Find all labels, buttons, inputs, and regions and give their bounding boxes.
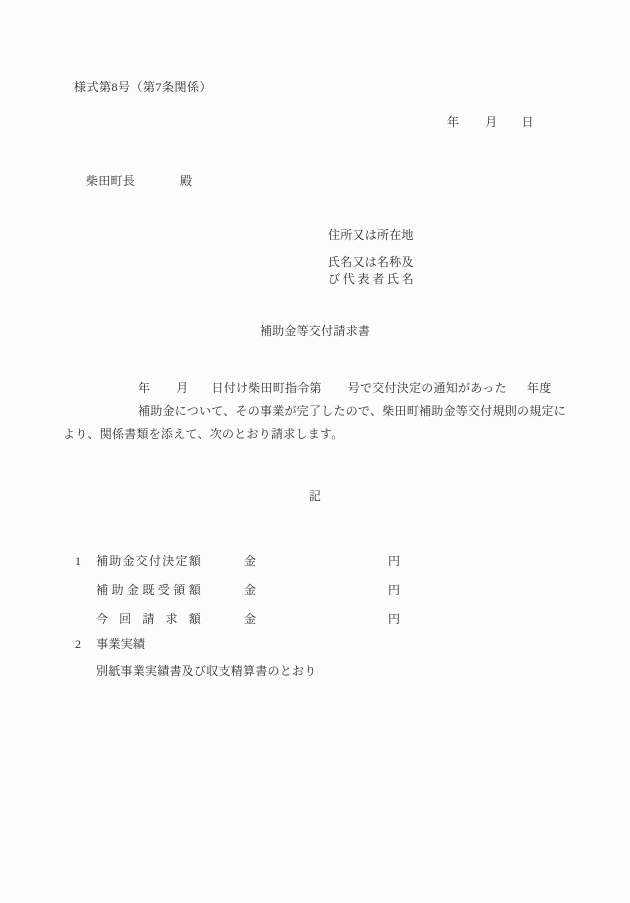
currency-prefix: 金 <box>244 612 256 627</box>
currency-suffix: 円 <box>388 612 400 627</box>
date-day-label: 日 <box>522 115 534 129</box>
body-notice-segment: 号で交付決定の通知があった <box>348 381 507 395</box>
date-line: 年月日 <box>447 115 534 130</box>
body-fiscal-year-segment: 年度 <box>527 381 552 395</box>
body-year-label: 年 <box>138 381 150 395</box>
item2-note: 別紙事業実績書及び収支精算書のとおり <box>96 664 317 679</box>
applicant-address-label: 住所又は所在地 <box>328 228 414 243</box>
currency-suffix: 円 <box>388 554 400 569</box>
body-month-label: 月 <box>176 381 188 395</box>
currency-prefix: 金 <box>244 583 256 598</box>
body-line-2: 補助金について、その事業が完了したので、柴田町補助金等交付規則の規定に <box>138 404 566 419</box>
date-year-label: 年 <box>447 115 459 129</box>
currency-prefix: 金 <box>244 554 256 569</box>
addressee-name: 柴田町長 <box>86 174 135 188</box>
form-number: 様式第8号（第7条関係） <box>74 80 212 95</box>
item2-number: 2 <box>75 637 81 651</box>
amount-label-received: 補助金既受領額 <box>96 583 201 598</box>
amount-row-decided: 1 補助金交付決定額 金 円 <box>75 554 555 569</box>
body-line-3: より、関係書類を添えて、次のとおり請求します。 <box>63 427 344 442</box>
subsidy-payment-request-form: 様式第8号（第7条関係） 年月日 柴田町長殿 住所又は所在地 氏名又は名称及 び… <box>0 0 630 903</box>
item1-number: 1 <box>75 554 81 569</box>
applicant-name-label-line1: 氏名又は名称及 <box>328 255 414 270</box>
body-line-1: 年月日付け柴田町指令第号で交付決定の通知があった年度 <box>138 381 551 396</box>
item2-line: 2事業実績 <box>75 637 145 652</box>
record-heading: 記 <box>0 489 630 504</box>
date-month-label: 月 <box>485 115 497 129</box>
amount-label-decided: 補助金交付決定額 <box>96 554 201 569</box>
amount-row-received: 補助金既受領額 金 円 <box>75 583 555 598</box>
body-directive-segment: 日付け柴田町指令第 <box>212 381 322 395</box>
document-title: 補助金等交付請求書 <box>0 324 630 339</box>
applicant-name-label-line2: び代表者氏名 <box>328 272 414 287</box>
item2-label: 事業実績 <box>96 637 145 651</box>
amount-label-current-request: 今回請求額 <box>96 612 201 627</box>
addressee-honorific: 殿 <box>180 174 192 188</box>
currency-suffix: 円 <box>388 583 400 598</box>
addressee-line: 柴田町長殿 <box>86 174 192 189</box>
amount-row-current-request: 今回請求額 金 円 <box>75 612 555 627</box>
